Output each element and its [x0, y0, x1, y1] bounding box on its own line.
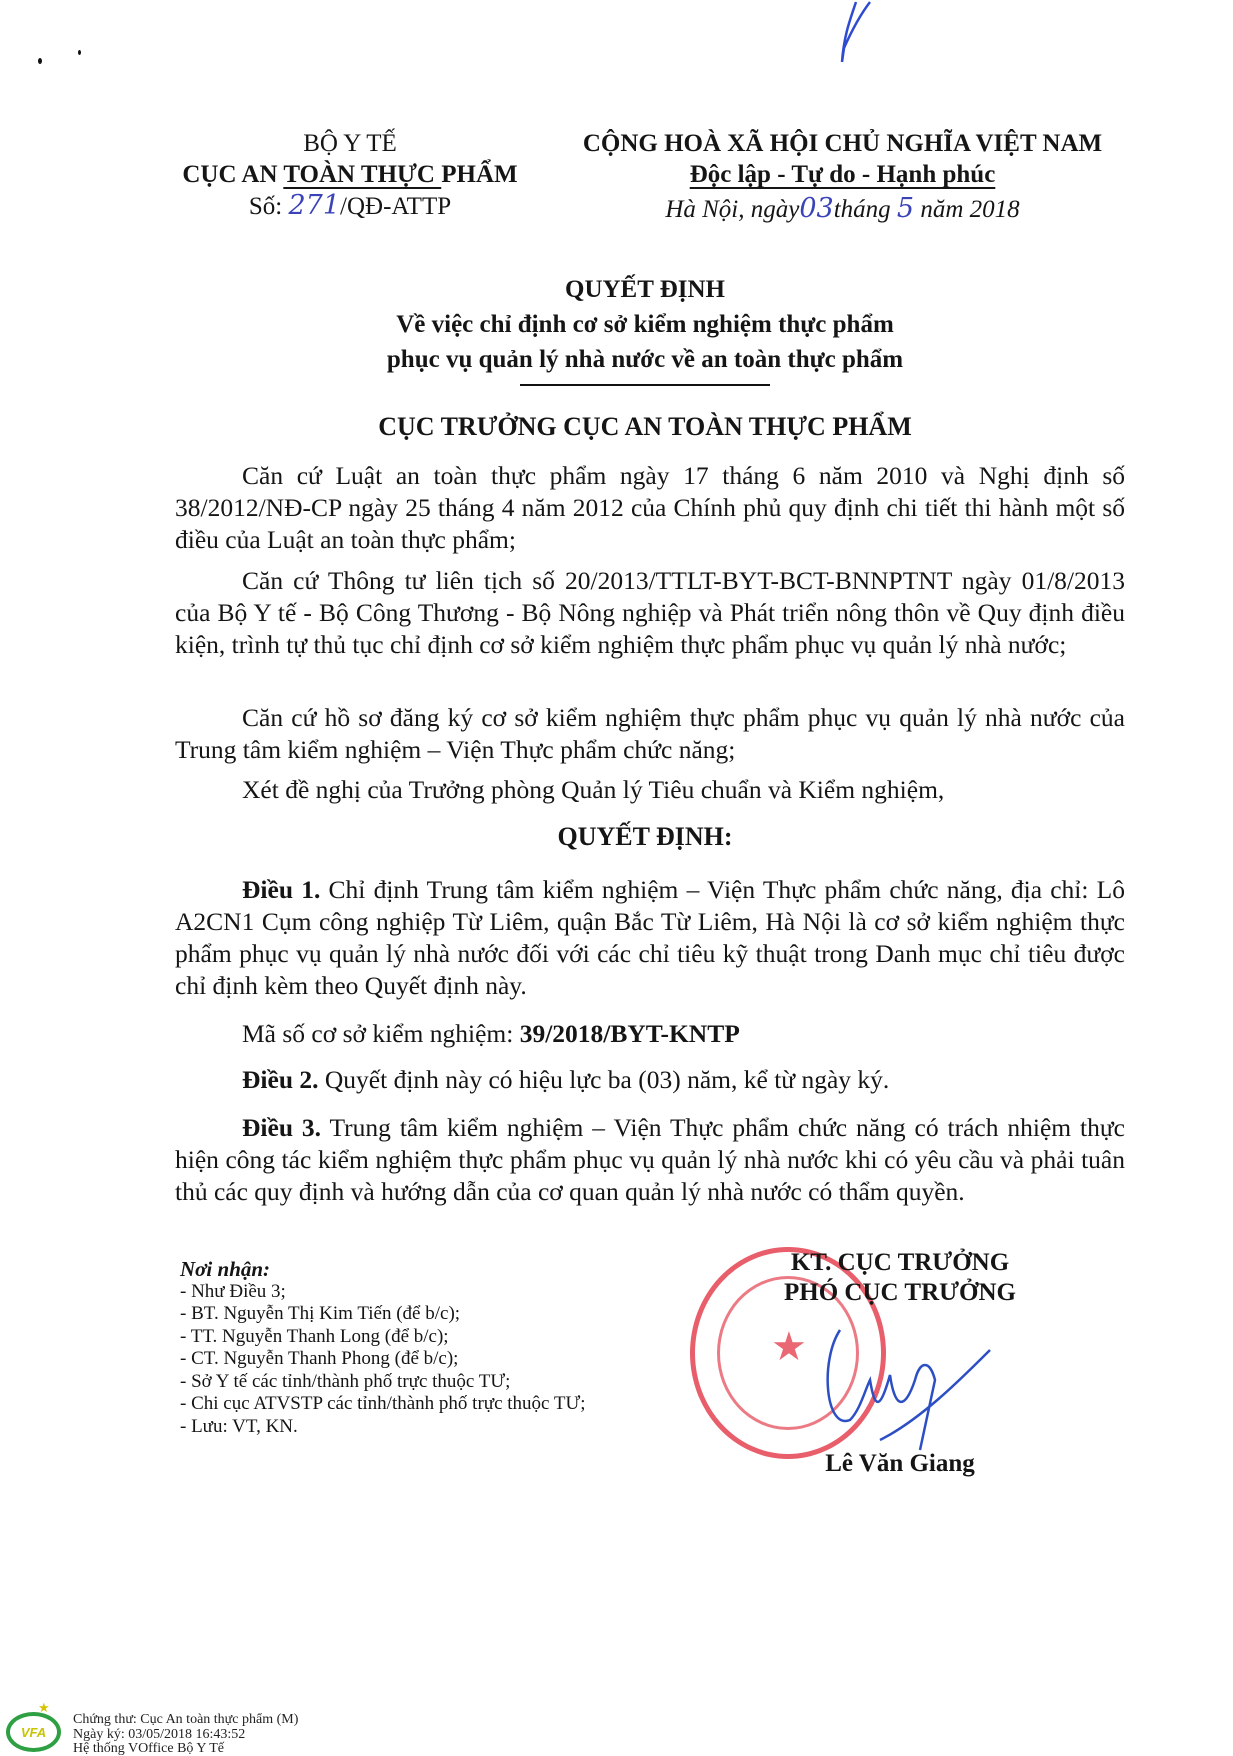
article-3: Điều 3. Trung tâm kiểm nghiệm – Viện Thự… [175, 1112, 1125, 1208]
lab-code: Mã số cơ sở kiểm nghiệm: 39/2018/BYT-KNT… [175, 1018, 1125, 1050]
recipient-item: - BT. Nguyễn Thị Kim Tiến (để b/c); [180, 1303, 586, 1326]
title-divider [520, 384, 770, 386]
recipients-list: Nơi nhận: - Như Điều 3; - BT. Nguyễn Thị… [180, 1258, 586, 1438]
preamble-4: Xét đề nghị của Trưởng phòng Quản lý Tiê… [175, 774, 1125, 806]
handwritten-number: 271 [288, 190, 340, 221]
scan-speck [38, 58, 42, 64]
article-1: Điều 1. Chỉ định Trung tâm kiểm nghiệm –… [175, 874, 1125, 1002]
issuing-agency: BỘ Y TẾ CỤC AN TOÀN THỰC PHẨM Số: 271/QĐ… [150, 128, 550, 222]
signer-name: Lê Văn Giang [740, 1450, 1060, 1478]
checkmark-icon [830, 0, 890, 70]
star-icon: ★ [771, 1327, 807, 1367]
title-subject-1: Về việc chỉ định cơ sở kiểm nghiệm thực … [240, 307, 1050, 342]
digital-certificate: Chứng thư: Cục An toàn thực phẩm (M) Ngà… [73, 1713, 298, 1756]
signature-title: KT. CỤC TRƯỞNG PHÓ CỤC TRƯỞNG [740, 1248, 1060, 1308]
recipients-title: Nơi nhận: [180, 1258, 586, 1281]
vfa-logo: VFA [6, 1712, 61, 1752]
national-motto: Độc lập - Tự do - Hạnh phúc [690, 159, 996, 190]
scan-speck [78, 50, 81, 55]
recipient-item: - Sở Y tế các tỉnh/thành phố trực thuộc … [180, 1371, 586, 1394]
issuer-heading: CỤC TRƯỞNG CỤC AN TOÀN THỰC PHẨM [240, 412, 1050, 442]
recipient-item: - CT. Nguyễn Thanh Phong (để b/c); [180, 1348, 586, 1371]
decision-title: QUYẾT ĐỊNH Về việc chỉ định cơ sở kiểm n… [240, 272, 1050, 377]
title-main: QUYẾT ĐỊNH [240, 272, 1050, 307]
recipient-item: - Lưu: VT, KN. [180, 1416, 586, 1439]
recipient-item: - Chi cục ATVSTP các tỉnh/thành phố trực… [180, 1393, 586, 1416]
ministry-name: BỘ Y TẾ [150, 128, 550, 159]
decision-heading: QUYẾT ĐỊNH: [240, 822, 1050, 852]
place-date: Hà Nội, ngày03tháng 5 năm 2018 [555, 193, 1130, 225]
title-subject-2: phục vụ quản lý nhà nước về an toàn thực… [240, 342, 1050, 377]
agency-name: CỤC AN TOÀN THỰC PHẨM [150, 159, 550, 190]
preamble-3: Căn cứ hồ sơ đăng ký cơ sở kiểm nghiệm t… [175, 702, 1125, 766]
preamble-1: Căn cứ Luật an toàn thực phẩm ngày 17 th… [175, 460, 1125, 556]
country-name: CỘNG HOÀ XÃ HỘI CHỦ NGHĨA VIỆT NAM [555, 128, 1130, 159]
handwritten-signature [820, 1320, 1020, 1460]
recipient-item: - Như Điều 3; [180, 1281, 586, 1304]
recipient-item: - TT. Nguyễn Thanh Long (để b/c); [180, 1326, 586, 1349]
national-header: CỘNG HOÀ XÃ HỘI CHỦ NGHĨA VIỆT NAM Độc l… [555, 128, 1130, 225]
document-number: Số: 271/QĐ-ATTP [150, 190, 550, 222]
preamble-2: Căn cứ Thông tư liên tịch số 20/2013/TTL… [175, 565, 1125, 661]
article-2: Điều 2. Quyết định này có hiệu lực ba (0… [175, 1064, 1125, 1096]
